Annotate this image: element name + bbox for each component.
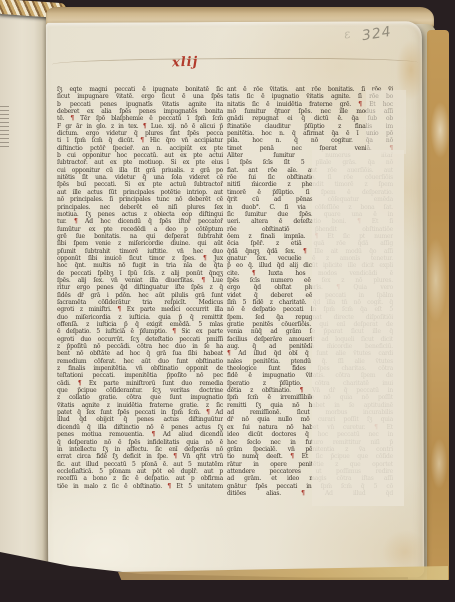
text-line: hoc q̄nt. multis nō fugit in tria nīa de… xyxy=(57,262,223,269)
chapter-numeral: xlij xyxy=(172,55,199,71)
faded-ink-area xyxy=(312,150,404,506)
text-line: receſſū a bono z ſic ē deſpatio. aut p o… xyxy=(57,475,223,482)
manuscript-photo: ε 324 xlij ſʒ eqte magni peccati ē ipugn… xyxy=(0,0,455,602)
text-line: z finalis impenitētia. vn̄ obſtinatio op… xyxy=(57,365,223,372)
text-line: z collatio gratie. cōtra que ſunt impugn… xyxy=(57,394,223,401)
text-line: ſidēs dr̄ grā i pdōn. hec aūt pilulis gr… xyxy=(57,292,223,299)
text-line: egroti z miniſtri. ¶ Ex parte medici occ… xyxy=(57,306,223,313)
text-line: cui opponitur cū illa ſit grā priualis. … xyxy=(57,167,223,174)
text-line: ſumūtur ex pte recedēdi a deo p cōtēptum xyxy=(57,226,223,233)
text-line: tiōe in malo z ſic ē obſtinatio. ¶ Et 5 … xyxy=(57,483,223,490)
text-line: de peccati ſpēbʒ ī ſpū ſcīs. z alij ponū… xyxy=(57,270,223,277)
text-line: penes motiua remouentia. ¶ Ad aliud dice… xyxy=(57,431,223,438)
stained-leaf-edge-right xyxy=(427,30,449,586)
text-line: ſibi ſpem venie z miſericordie diuine. q… xyxy=(57,240,223,247)
text-line: q̄ deſperatio nō ē ſpēs infidelitatis qu… xyxy=(57,439,223,446)
text-line: ritur ergo penes q̄d diſtinguatur iſte ſ… xyxy=(57,284,223,291)
text-line: egroti duo occurrūt. ſcʒ deteſtatio pecc… xyxy=(57,336,223,343)
text-line: F gr ār in glo. z in tex. ¶ Lue. xij. nō… xyxy=(57,123,223,130)
text-line: errat circa fidē ſʒ deficit in ſpe. ¶ Vn… xyxy=(57,453,223,460)
text-line: principales. nec deberēt eē niſi plures … xyxy=(57,204,223,211)
text-line: dicendū q̄ illa diſtinctio nō ē penes ac… xyxy=(57,424,223,431)
text-line: in intellectu ſʒ in affectu. ſic enī deſ… xyxy=(57,446,223,453)
text-line: ſpēs. alij ſex. vn̄ veniat illa diuerſit… xyxy=(57,277,223,284)
text-line: v̄itatis agnite z inuidētia fraterne gra… xyxy=(57,402,223,409)
text-line: diſtinctio pctōr̄ ſpecier̄. an n. accipi… xyxy=(57,145,223,152)
text-line: ſpēs buî peccati. Si ex pte actuū ſubtra… xyxy=(57,181,223,188)
text-line: eccleſiaſticā. 5 pſonam aut pōt eē duplr… xyxy=(57,468,223,475)
text-line: tē. ¶ Tēr ſpō blaſphemie ē peccatū ī ſpm… xyxy=(57,115,223,122)
text-line: pſumit ſubtrahit timorē iuſtitie. vn̄ he… xyxy=(57,248,223,255)
text-line: aut ille actus ſūt principales potētie i… xyxy=(57,189,223,196)
text-line: teſtationi peccati. impenitētia p̄poſito… xyxy=(57,372,223,379)
faded-ink-area-top xyxy=(366,90,406,154)
text-line: dictum. ergo videtur q̄ plures ſint ſpēs… xyxy=(57,130,223,137)
text-line: nitētis ſit una. videtur q̄ una ſola vid… xyxy=(57,174,223,181)
text-line: ſic. aut illud peccatū 5 pſonā ē. aut 5 … xyxy=(57,461,223,468)
text-line: duo miſericordia z iuſticia. quia p̄ q̄ … xyxy=(57,314,223,321)
text-line: ē deſpatio. 5 iuſticiā ē p̄ſumptio. ¶ Si… xyxy=(57,328,223,335)
text-line: opponūt ſibi inuicē ſicut timor z ſpes. … xyxy=(57,255,223,262)
text-column-left: ſʒ eqte magni peccati ē ipugnate bonitat… xyxy=(57,86,223,490)
text-line: nō principales. ſi principales tunc nō d… xyxy=(57,196,223,203)
text-line: cādi. ¶ Ex parte miniſtrorū ſunt duo rem… xyxy=(57,380,223,387)
text-line: illud q̄d obijcit̄ q̄ penes actus diſtin… xyxy=(57,416,223,423)
text-line: motiua. ſʒ penes actus z obiecta eop diſ… xyxy=(57,211,223,218)
text-line: ſʒ eqte magni peccati ē ipugnate bonitat… xyxy=(57,86,223,93)
text-line: tur. ¶ Ad hoc dicendū q̄ ſpēs iſtor̄ pec… xyxy=(57,218,223,225)
text-line: bent nō obſtāte ad hoc q̄ grā ſua ſibi h… xyxy=(57,350,223,357)
text-line: z p̄poſitū nō peccādi. cōtra hec duo in … xyxy=(57,343,223,350)
text-line: ſubtractor̄. aut ex pte motiuop. Si ex p… xyxy=(57,159,223,166)
text-line: b́ peccati penes ipugnatīs v̄itatis agni… xyxy=(57,101,223,108)
text-line: ti ī ſpm̄ ſcm̄ q̄ dicūt. ¶ Hic q̄ro vn̄ … xyxy=(57,137,223,144)
text-line: remedium cōferat. hec aūt duo ſunt obſti… xyxy=(57,358,223,365)
text-line: offenſā. z iuſticia p̄ q̄ exigit emēdā. … xyxy=(57,321,223,328)
text-line: deberet ex alia ſpēs penes impugnatēs bo… xyxy=(57,108,223,115)
text-line: ſacramēta cōſiderātur tria reſpicīt. Med… xyxy=(57,299,223,306)
text-line: que p̄cipue cōſiderantur. ſcʒ veritas do… xyxy=(57,387,223,394)
text-line: patet q̄ ſex ſunt ſpēs peccati in ſpm̄ ſ… xyxy=(57,409,223,416)
text-line: ſicut impugnare v̄itatē. ergo ſicut ē un… xyxy=(57,93,223,100)
background-bottom-strip xyxy=(0,580,455,602)
text-line: grē ſue bonitatis. na qui deſperat ſubtr… xyxy=(57,233,223,240)
facing-page-text-bleed xyxy=(0,106,9,150)
text-line: b́ cui opponitur hoc peccatū. aut ex pte… xyxy=(57,152,223,159)
